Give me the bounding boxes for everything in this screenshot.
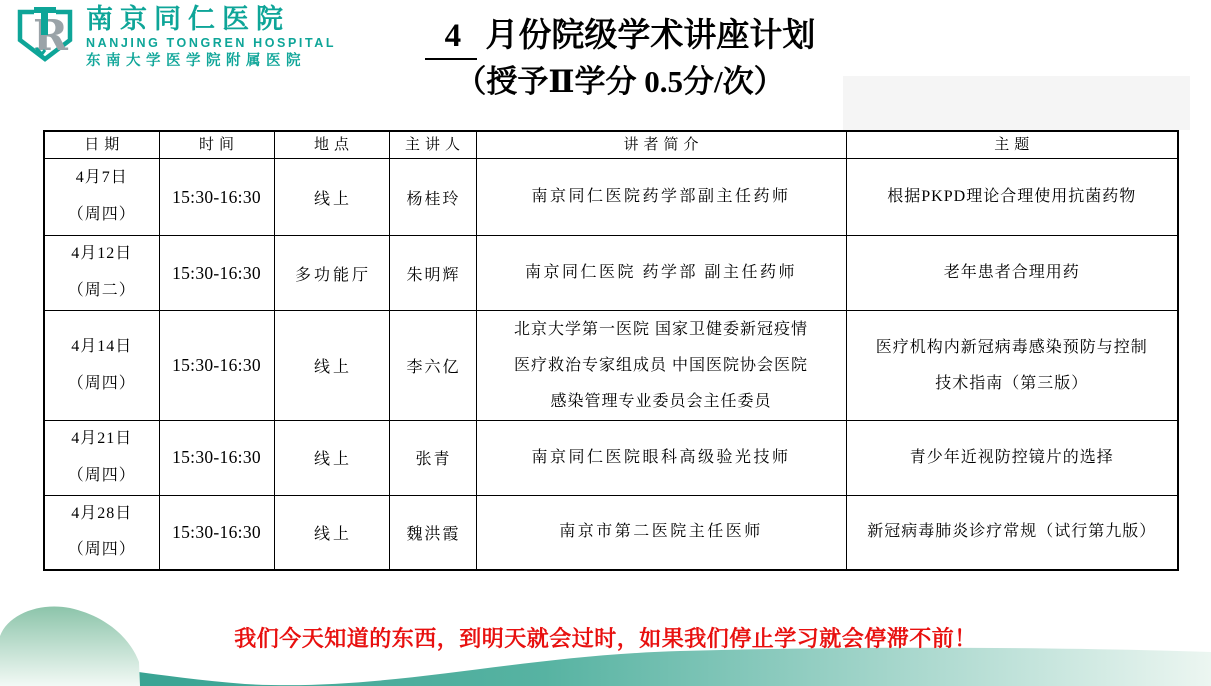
cell-time: 15:30-16:30	[159, 159, 274, 236]
cell-topic: 根据PKPD理论合理使用抗菌药物	[846, 159, 1178, 236]
column-header-bio: 讲者简介	[476, 131, 846, 159]
column-header-speaker: 主讲人	[389, 131, 476, 159]
tr-shield-icon: R	[14, 4, 76, 64]
footer-quote: 我们今天知道的东西，到明天就会过时，如果我们停止学习就会停滞不前！	[0, 622, 1211, 653]
hospital-affiliation: 东南大学医学院附属医院	[86, 53, 336, 70]
column-header-topic: 主题	[846, 131, 1178, 159]
cell-location: 线上	[274, 159, 389, 236]
cell-time: 15:30-16:30	[159, 311, 274, 421]
slide: R 南京同仁医院 NANJING TONGREN HOSPITAL 东南大学医学…	[0, 0, 1211, 686]
cell-speaker: 朱明辉	[389, 236, 476, 311]
table-row: 4月14日 （周四） 15:30-16:30 线上 李六亿 北京大学第一医院 国…	[44, 311, 1178, 421]
table-row: 4月7日 （周四） 15:30-16:30 线上 杨桂玲 南京同仁医院药学部副主…	[44, 159, 1178, 236]
hospital-logo: R 南京同仁医院 NANJING TONGREN HOSPITAL 东南大学医学…	[14, 4, 336, 70]
cell-location: 线上	[274, 421, 389, 496]
cell-bio: 南京市第二医院主任医师	[476, 495, 846, 570]
cell-bio: 北京大学第一医院 国家卫健委新冠疫情 医疗救治专家组成员 中国医院协会医院 感染…	[476, 311, 846, 421]
cell-topic: 医疗机构内新冠病毒感染预防与控制 技术指南（第三版）	[846, 311, 1178, 421]
cell-bio: 南京同仁医院眼科高级验光技师	[476, 421, 846, 496]
title-month-number: 4	[425, 16, 478, 60]
cell-date: 4月14日 （周四）	[44, 311, 159, 421]
cell-date: 4月21日 （周四）	[44, 421, 159, 496]
teal-wave-shape	[0, 648, 1211, 686]
hospital-logo-text: 南京同仁医院 NANJING TONGREN HOSPITAL 东南大学医学院附…	[86, 4, 336, 70]
hospital-name-cn: 南京同仁医院	[86, 6, 336, 33]
hospital-name-en: NANJING TONGREN HOSPITAL	[86, 36, 336, 52]
cell-date: 4月12日 （周二）	[44, 236, 159, 311]
cell-location: 线上	[274, 495, 389, 570]
cell-speaker: 魏洪霞	[389, 495, 476, 570]
cell-time: 15:30-16:30	[159, 495, 274, 570]
cell-speaker: 张青	[389, 421, 476, 496]
cell-speaker: 杨桂玲	[389, 159, 476, 236]
cell-time: 15:30-16:30	[159, 236, 274, 311]
cell-topic: 青少年近视防控镜片的选择	[846, 421, 1178, 496]
lecture-schedule-table: 日期 时间 地点 主讲人 讲者简介 主题 4月7日 （周四） 15:30-16:…	[43, 130, 1179, 571]
table-row: 4月21日 （周四） 15:30-16:30 线上 张青 南京同仁医院眼科高级验…	[44, 421, 1178, 496]
table-header-row: 日期 时间 地点 主讲人 讲者简介 主题	[44, 131, 1178, 159]
page-title: 4 月份院级学术讲座计划 （授予Ⅱ学分 0.5分/次）	[320, 16, 920, 100]
cell-location: 线上	[274, 311, 389, 421]
cell-topic: 新冠病毒肺炎诊疗常规（试行第九版）	[846, 495, 1178, 570]
cell-topic: 老年患者合理用药	[846, 236, 1178, 311]
cell-bio: 南京同仁医院 药学部 副主任药师	[476, 236, 846, 311]
svg-text:R: R	[33, 11, 69, 60]
cell-bio: 南京同仁医院药学部副主任药师	[476, 159, 846, 236]
title-line1: 4 月份院级学术讲座计划	[320, 16, 920, 60]
cell-date: 4月28日 （周四）	[44, 495, 159, 570]
title-line1-text: 月份院级学术讲座计划	[485, 18, 815, 54]
column-header-location: 地点	[274, 131, 389, 159]
column-header-date: 日期	[44, 131, 159, 159]
cell-time: 15:30-16:30	[159, 421, 274, 496]
column-header-time: 时间	[159, 131, 274, 159]
cell-date: 4月7日 （周四）	[44, 159, 159, 236]
cell-location: 多功能厅	[274, 236, 389, 311]
table-row: 4月28日 （周四） 15:30-16:30 线上 魏洪霞 南京市第二医院主任医…	[44, 495, 1178, 570]
title-line2: （授予Ⅱ学分 0.5分/次）	[320, 63, 920, 100]
cell-speaker: 李六亿	[389, 311, 476, 421]
table-row: 4月12日 （周二） 15:30-16:30 多功能厅 朱明辉 南京同仁医院 药…	[44, 236, 1178, 311]
